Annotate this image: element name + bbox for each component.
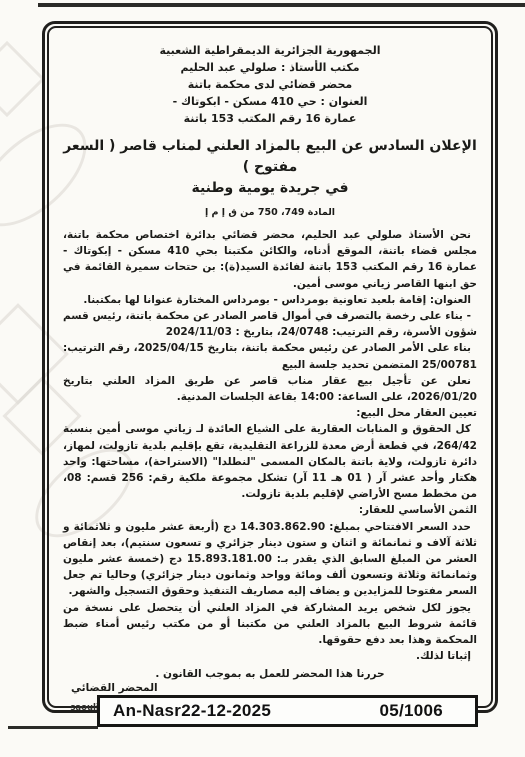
body-paragraph-order: بناء على الأمر الصادر عن رئيس محكمة باتن… — [63, 340, 477, 372]
letterhead-office-line: مكتب الأستاذ : صلولي عبد الحليم — [63, 59, 477, 76]
body-paragraph-intro: نحن الأستاذ صلولي عبد الحليم، محضر قضائي… — [63, 227, 477, 292]
announcement-number-stamp: 05/1006 — [379, 701, 443, 721]
scanned-auction-announcement-page: الجمهورية الجزائرية الديمقراطية الشعبية … — [0, 0, 525, 757]
closing-statement: حررنا هذا المحضر للعمل به بموجب القانون … — [63, 668, 477, 680]
letterhead-republic-line: الجمهورية الجزائرية الديمقراطية الشعبية — [63, 42, 477, 59]
body-paragraph-participation: يجوز لكل شخص يريد المشاركة في المزاد الع… — [63, 600, 477, 649]
bottom-scan-rule — [8, 726, 98, 729]
document-content: الجمهورية الجزائرية الديمقراطية الشعبية … — [51, 30, 489, 704]
body-paragraph-attestation: إثباتا لذلك. — [63, 648, 477, 664]
letterhead-address-line: العنوان : حي 410 مسكن - ابكوتاك - — [63, 93, 477, 110]
letterhead-building-line: عمارة 16 رقم المكتب 153 باتنة — [63, 110, 477, 127]
document-border-frame: الجمهورية الجزائرية الديمقراطية الشعبية … — [42, 21, 498, 713]
newspaper-stamp-bar: An-Nasr22-12-2025 05/1006 — [97, 695, 478, 727]
body-paragraph-address: العنوان: إقامة بلعيد تعاونية بومرداس - ب… — [63, 292, 477, 308]
announcement-body: نحن الأستاذ صلولي عبد الحليم، محضر قضائي… — [63, 227, 477, 664]
legal-article-reference: المادة 749، 750 من ق إ م إ — [63, 207, 477, 218]
newspaper-date-stamp: An-Nasr22-12-2025 — [113, 701, 271, 721]
letterhead-bailiff-line: محضر قضائي لدى محكمة باتنة — [63, 76, 477, 93]
body-paragraph-sale-date: نعلن عن تأجيل بيع عقار مناب قاصر عن طريق… — [63, 373, 477, 405]
watermark-shape — [0, 41, 45, 117]
letterhead: الجمهورية الجزائرية الديمقراطية الشعبية … — [63, 42, 477, 127]
announcement-subtitle: في جريدة يومية وطنية — [63, 178, 477, 199]
body-paragraph-price: حدد السعر الافتتاحي بمبلغ: 14.303.862.90… — [63, 519, 477, 600]
bailiff-signature-label: المحضر القضائي — [63, 682, 477, 694]
body-paragraph-license: - بناء على رخصة بالتصرف في أموال قاصر ال… — [63, 308, 477, 340]
section-heading-base-price: الثمن الأساسي للعقار: — [63, 502, 477, 518]
announcement-title: الإعلان السادس عن البيع بالمزاد العلني ل… — [63, 136, 477, 178]
top-scan-rule — [38, 3, 525, 7]
document-border-frame-inner: الجمهورية الجزائرية الديمقراطية الشعبية … — [47, 26, 493, 708]
section-heading-property: تعيين العقار محل البيع: — [63, 405, 477, 421]
body-paragraph-property-description: كل الحقوق و المنابات العقارية على الشياع… — [63, 421, 477, 502]
